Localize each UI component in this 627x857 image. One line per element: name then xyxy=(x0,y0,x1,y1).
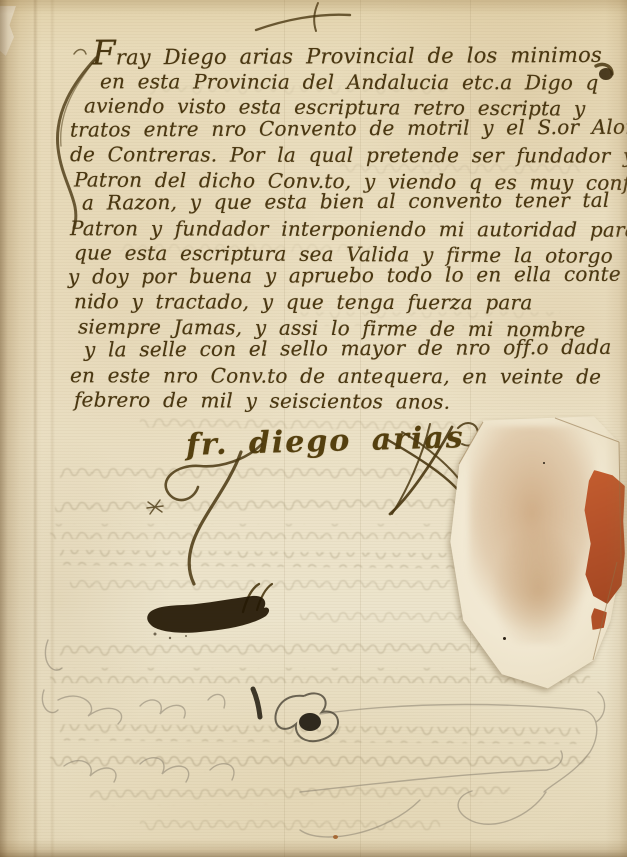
text-line: y la selle con el sello mayor de nro off… xyxy=(0,335,627,363)
seal-fold-lines xyxy=(443,412,627,694)
wax-seal-patch xyxy=(443,412,627,694)
text-line: tratos entre nro Convento de motril y el… xyxy=(0,114,627,142)
text-line: y doy por buena y apruebo todo lo en ell… xyxy=(0,261,627,289)
text-line: nido y tractado, y que tenga fuerza para xyxy=(0,289,627,315)
ink-dash xyxy=(253,689,260,717)
text-line: Patron y fundador interponiendo mi autor… xyxy=(0,216,627,242)
signature-descender xyxy=(189,452,241,584)
text-line: en este nro Conv.to de antequera, en vei… xyxy=(0,363,627,389)
top-cross-mark xyxy=(256,15,350,30)
manuscript-scan: Fray Diego arias Provincial de los minim… xyxy=(0,0,627,857)
manuscript-page: Fray Diego arias Provincial de los minim… xyxy=(0,0,627,857)
foxing-spot xyxy=(333,835,338,839)
text-line: Fray Diego arias Provincial de los minim… xyxy=(0,41,627,69)
body-text: Fray Diego arias Provincial de los minim… xyxy=(0,44,627,412)
text-line: de Contreras. Por la qual pretende ser f… xyxy=(0,142,627,168)
signature: fr. diego arias xyxy=(186,420,466,463)
text-line: en esta Provincia del Andalucia etc.a Di… xyxy=(0,69,627,95)
text-line: a Razon, y que esta bien al convento ten… xyxy=(0,188,627,216)
ink-smudge xyxy=(147,596,269,633)
